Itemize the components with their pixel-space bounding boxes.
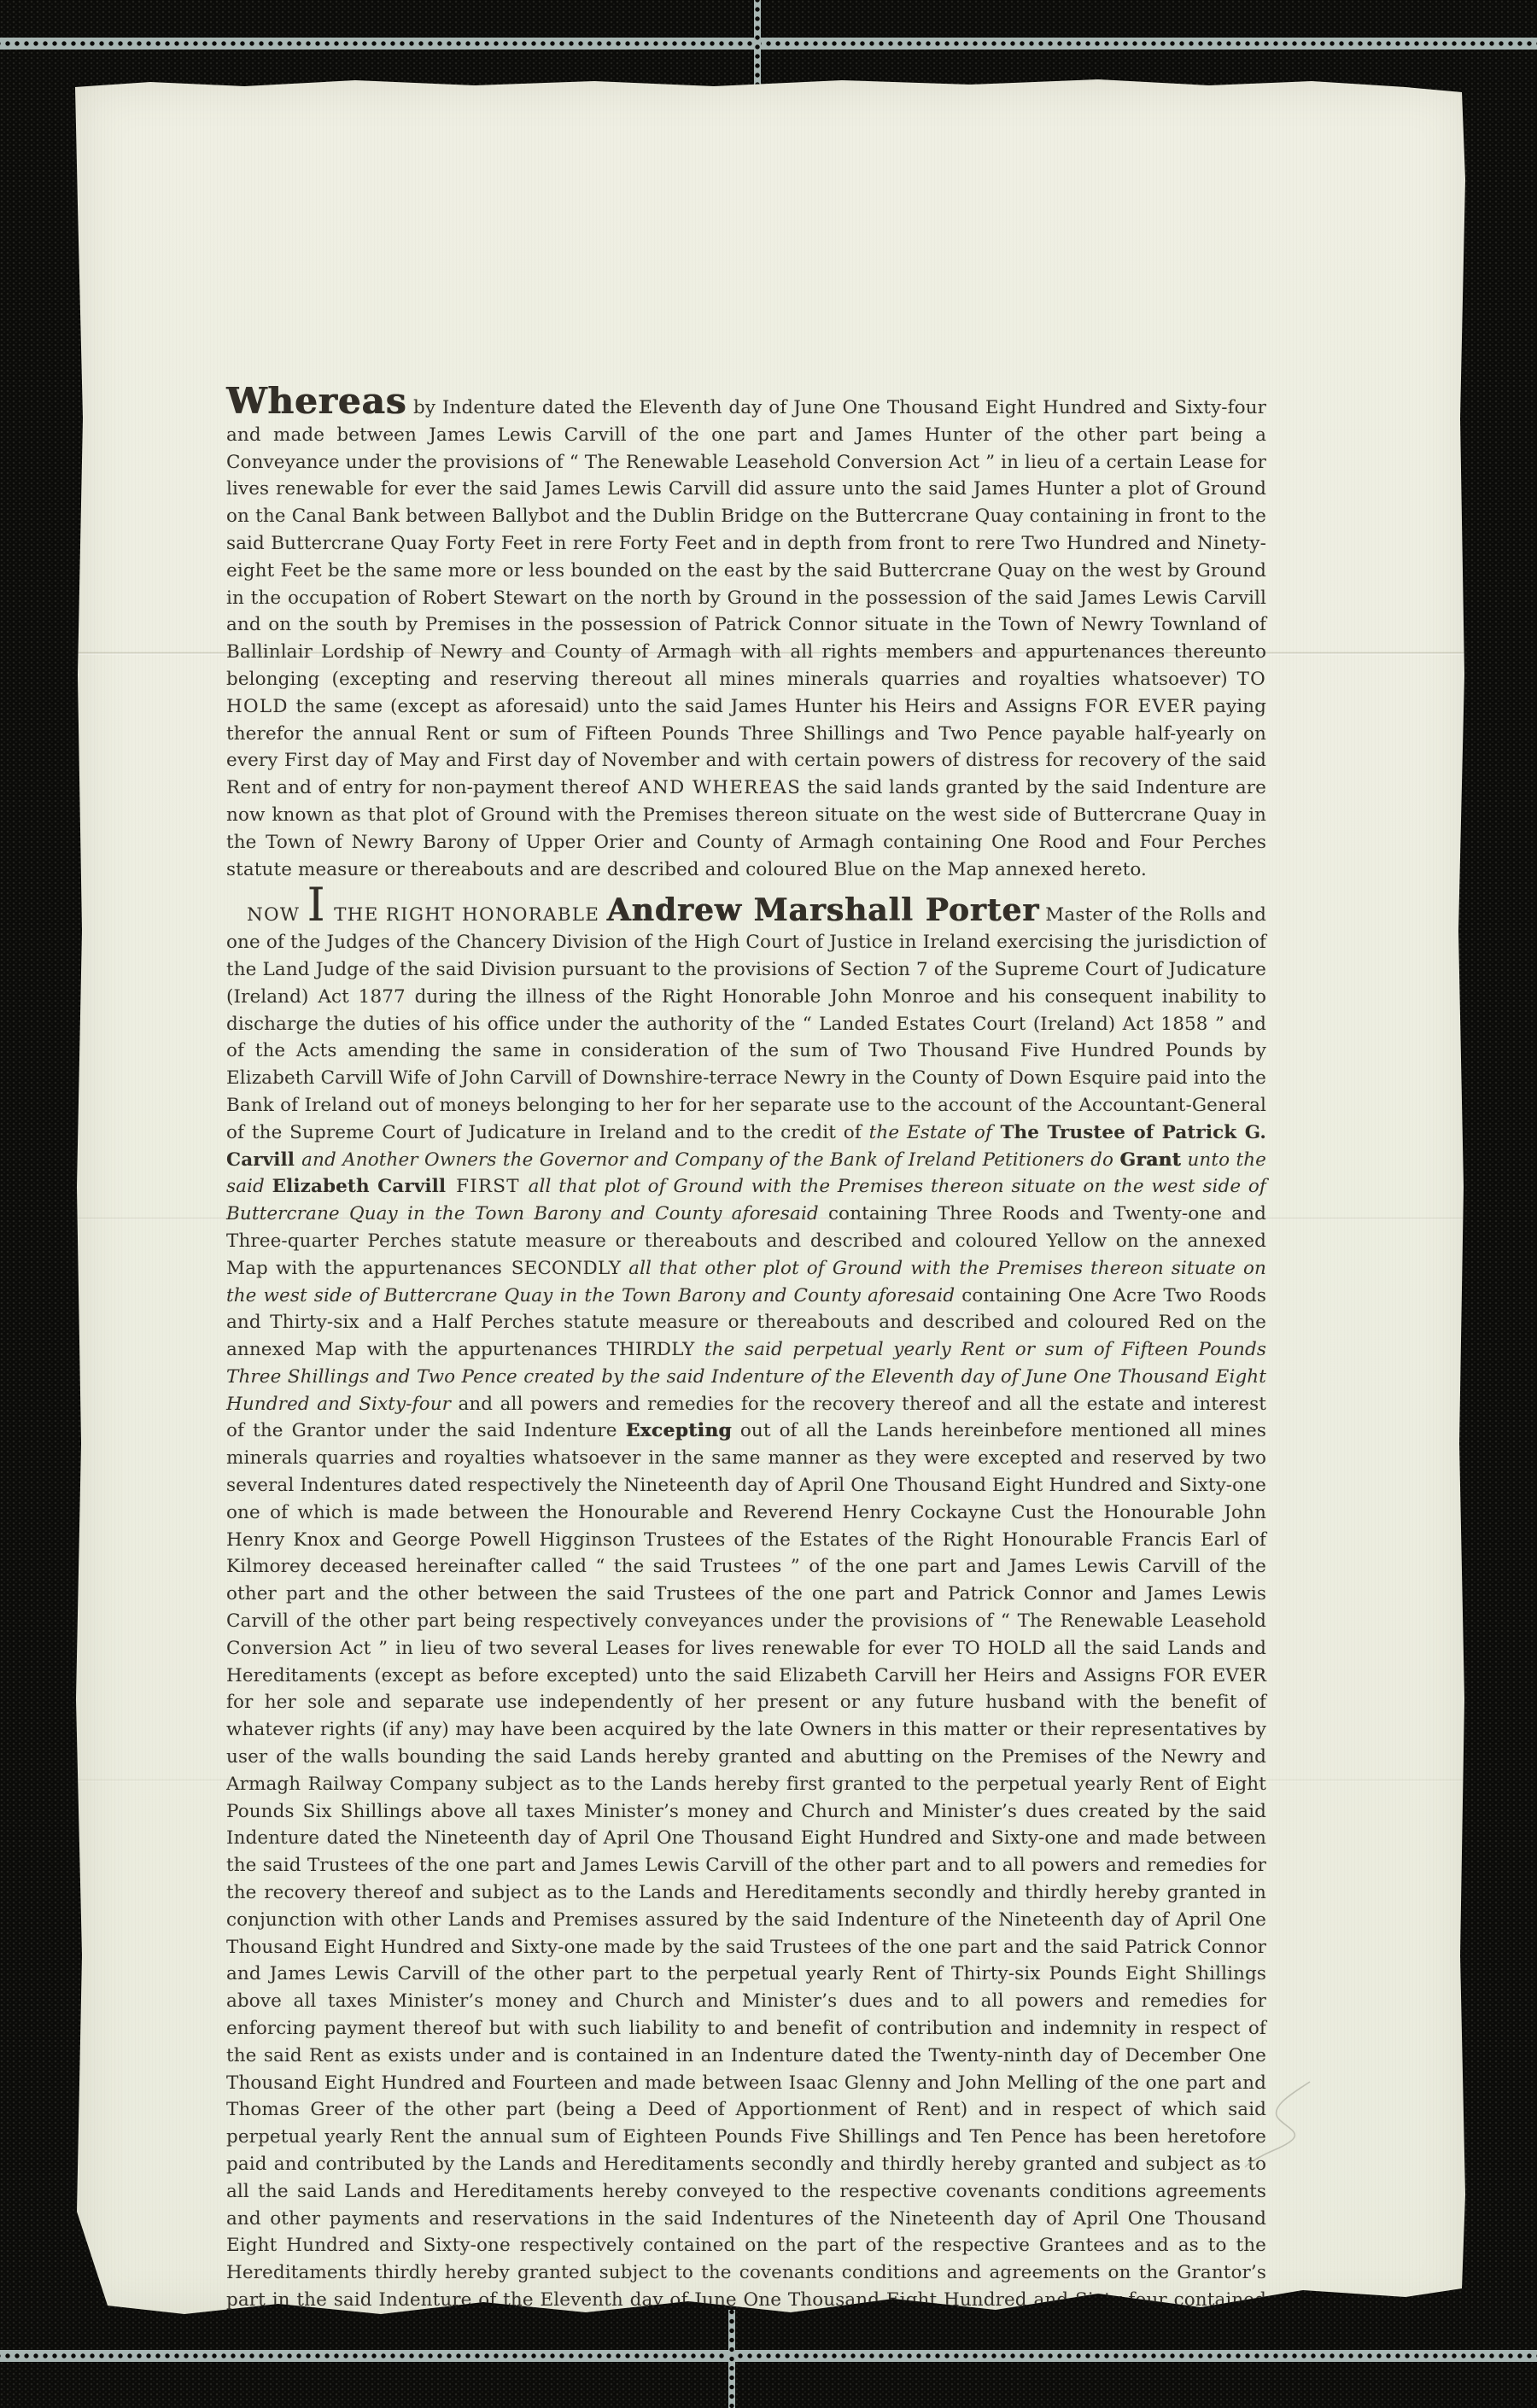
photo-backdrop: Whereas by Indenture dated the Eleventh … xyxy=(0,0,1537,2408)
operative-text: and Another Owners the Governor and Comp… xyxy=(301,1149,1119,1171)
operative-text: Master of the Rolls and one of the Judge… xyxy=(226,904,1266,1143)
operative-word-excepting: Excepting xyxy=(626,1420,732,1441)
backdrop-trim-line-top xyxy=(754,0,761,94)
recital-paragraph: Whereas by Indenture dated the Eleventh … xyxy=(226,395,1266,883)
recital-text: the same (except as aforesaid) unto the … xyxy=(289,696,1085,717)
and-whereas: AND WHEREAS xyxy=(638,777,801,798)
honorific: THE RIGHT HONORABLE xyxy=(327,904,607,926)
backdrop-trim-line-bottom xyxy=(728,2310,735,2408)
now-word: NOW xyxy=(247,904,307,926)
firstly-word: FIRST xyxy=(446,1176,528,1197)
backdrop-trim-band-bottom xyxy=(0,2350,1537,2362)
operative-text: the Estate of xyxy=(869,1122,992,1143)
grantee-name: Elizabeth Carvill xyxy=(272,1176,447,1197)
deed-page: Whereas by Indenture dated the Eleventh … xyxy=(73,77,1476,2321)
judge-name: Andrew Marshall Porter xyxy=(606,892,1039,928)
operative-word-grant: Grant xyxy=(1119,1149,1181,1171)
initial-letter-i: I xyxy=(307,878,326,932)
recital-text: by Indenture dated the Eleventh day of J… xyxy=(226,397,1266,690)
for-ever: FOR EVER xyxy=(1084,696,1195,717)
operative-text: out of all the Lands hereinbefore mentio… xyxy=(226,1420,1266,2337)
deed-text-block: Whereas by Indenture dated the Eleventh … xyxy=(226,395,1266,2341)
operative-paragraph: NOW I THE RIGHT HONORABLE Andrew Marshal… xyxy=(226,902,1266,2341)
opening-word-whereas: Whereas xyxy=(226,380,406,422)
backdrop-trim-band-top xyxy=(0,38,1537,50)
pencil-squiggle-mark xyxy=(1235,2075,1320,2169)
